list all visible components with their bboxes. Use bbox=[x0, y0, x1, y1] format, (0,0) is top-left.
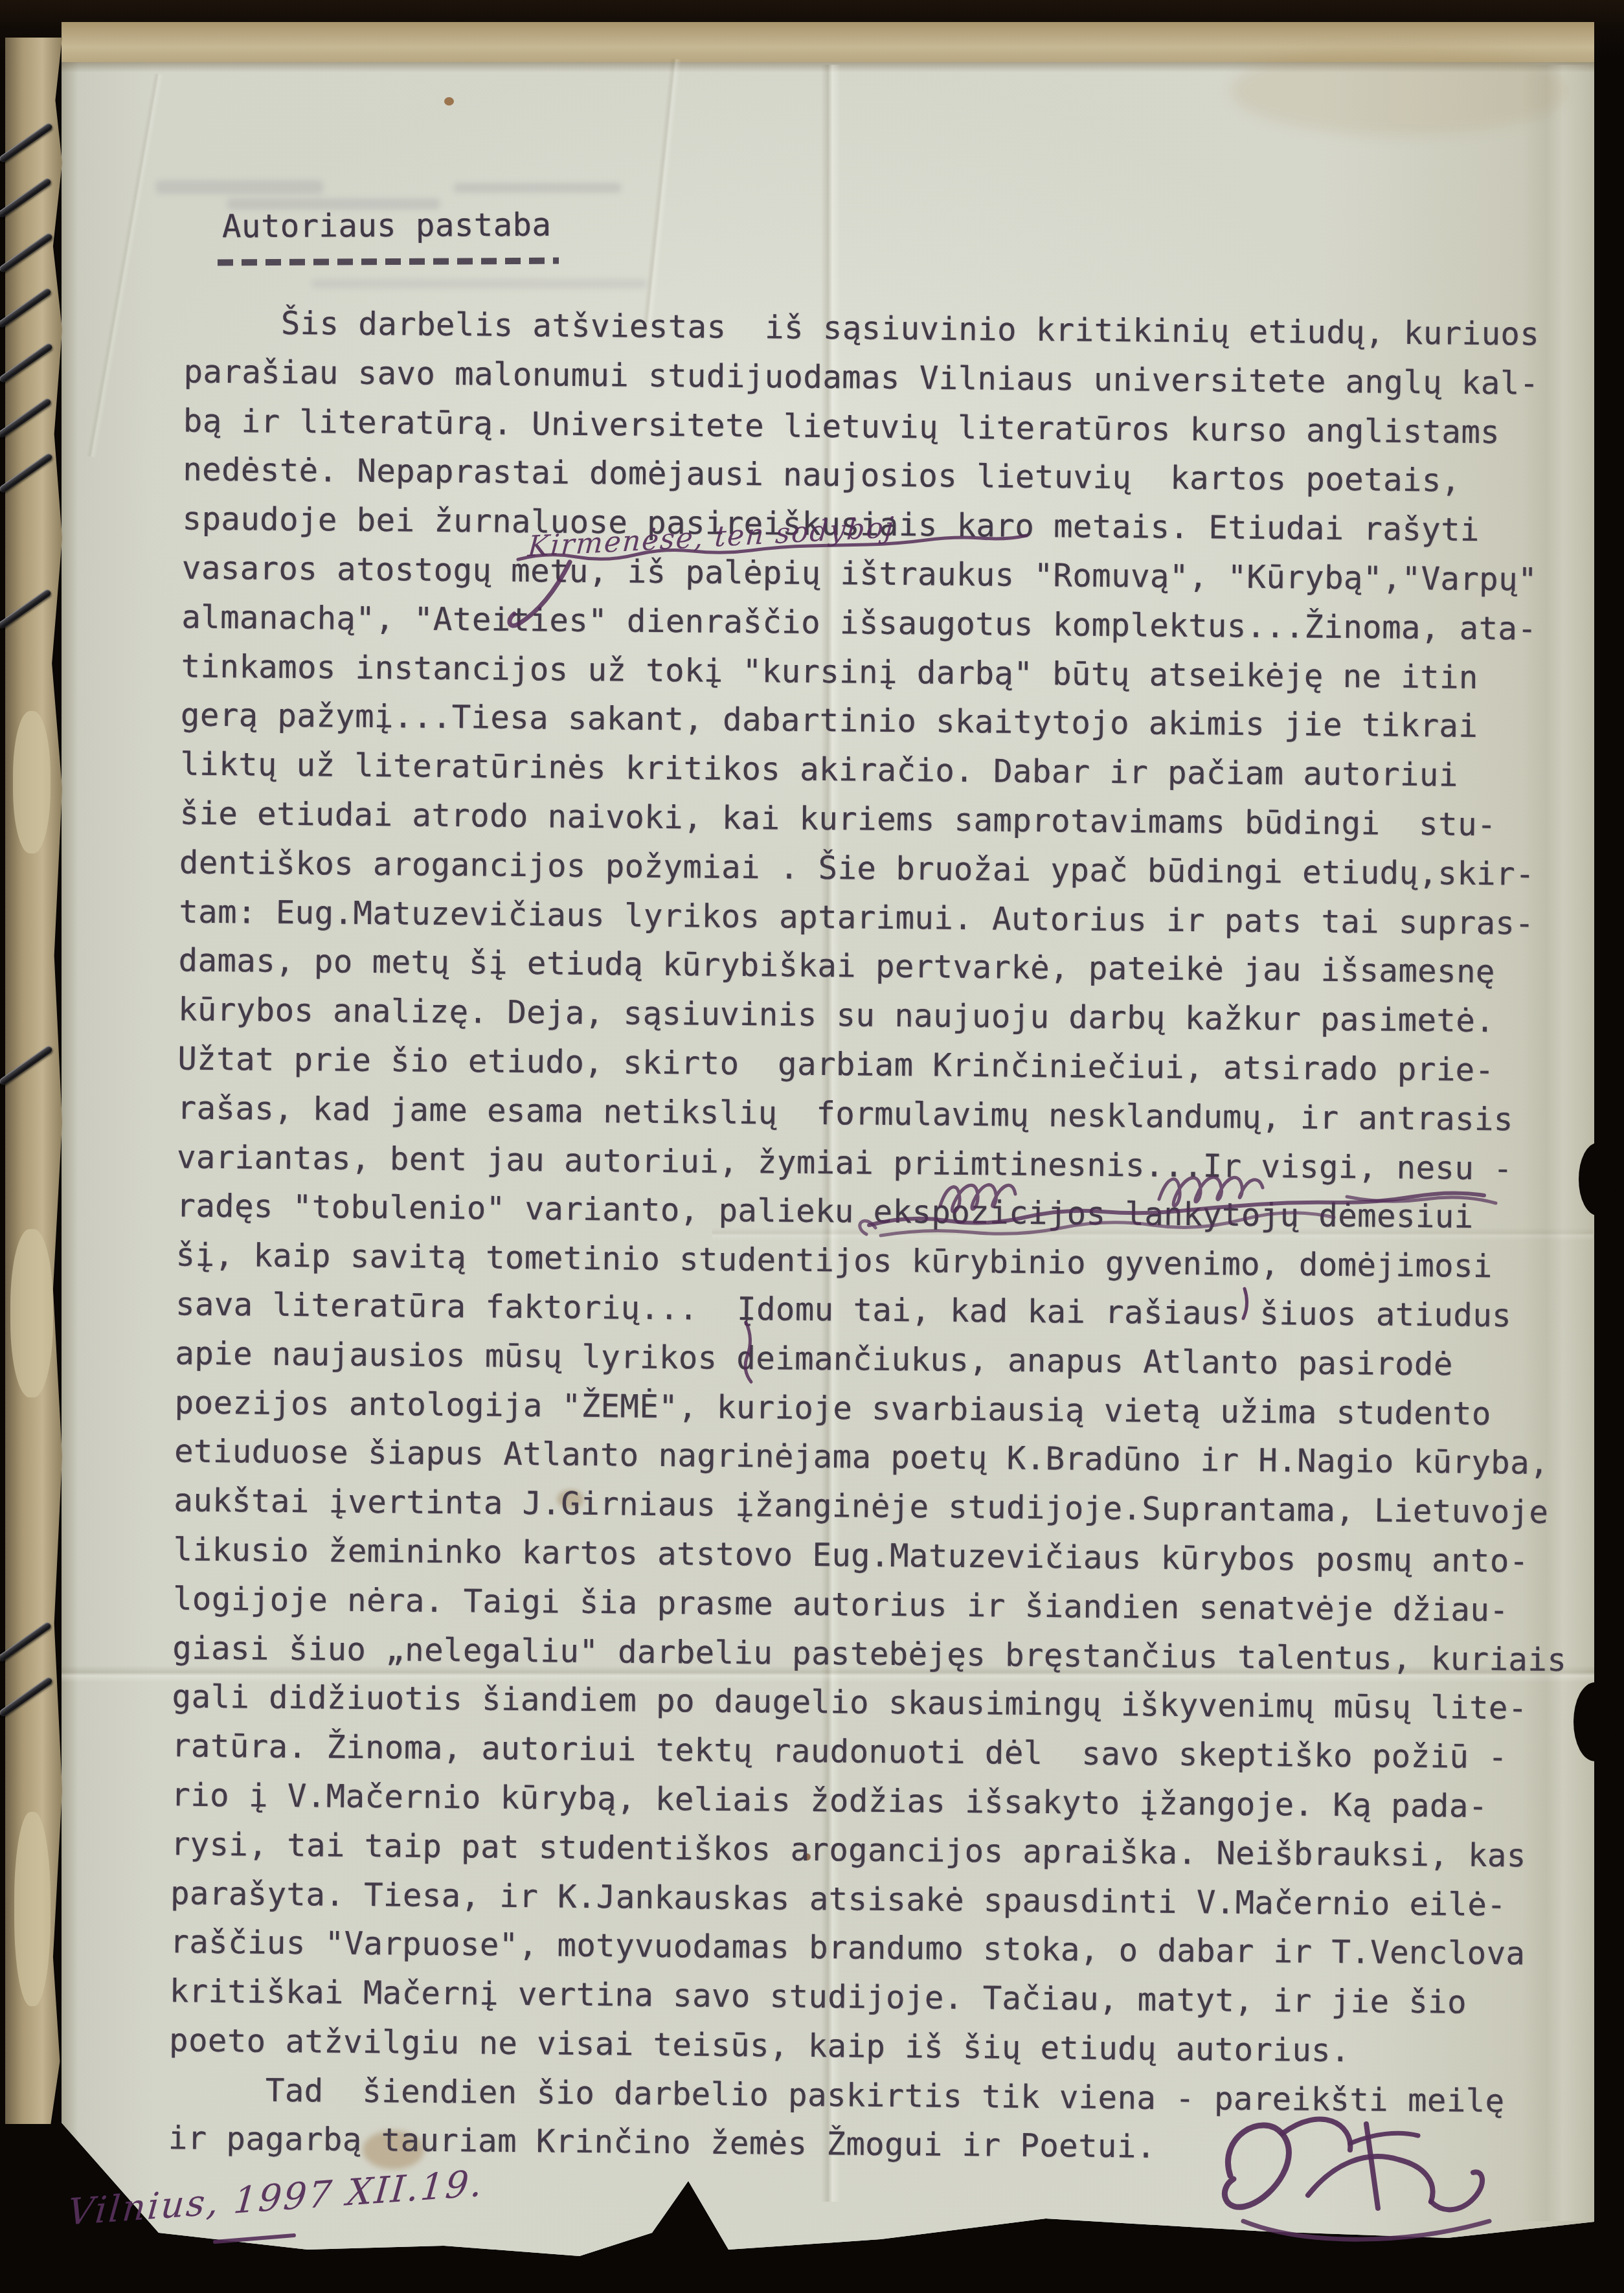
torn-paper-fragment bbox=[10, 1229, 53, 1397]
struck-text: ekspozicijos lankytojų bbox=[874, 1193, 1300, 1234]
typed-segment: dėmesiui bbox=[1299, 1197, 1474, 1236]
torn-paper-fragment bbox=[13, 711, 51, 853]
typed-text-block: Šis darbelis atšviestas iš sąsiuvinio kr… bbox=[168, 298, 1608, 2175]
spiral-binding bbox=[5, 38, 62, 2124]
torn-paper-fragment bbox=[14, 1812, 51, 2006]
document-title: Autoriaus pastaba bbox=[222, 207, 552, 245]
scanned-page: Autoriaus pastaba Šis darbelis atšviesta… bbox=[0, 0, 1624, 2293]
typed-segment: radęs "tobulenio" varianto, palieku bbox=[176, 1188, 874, 1230]
